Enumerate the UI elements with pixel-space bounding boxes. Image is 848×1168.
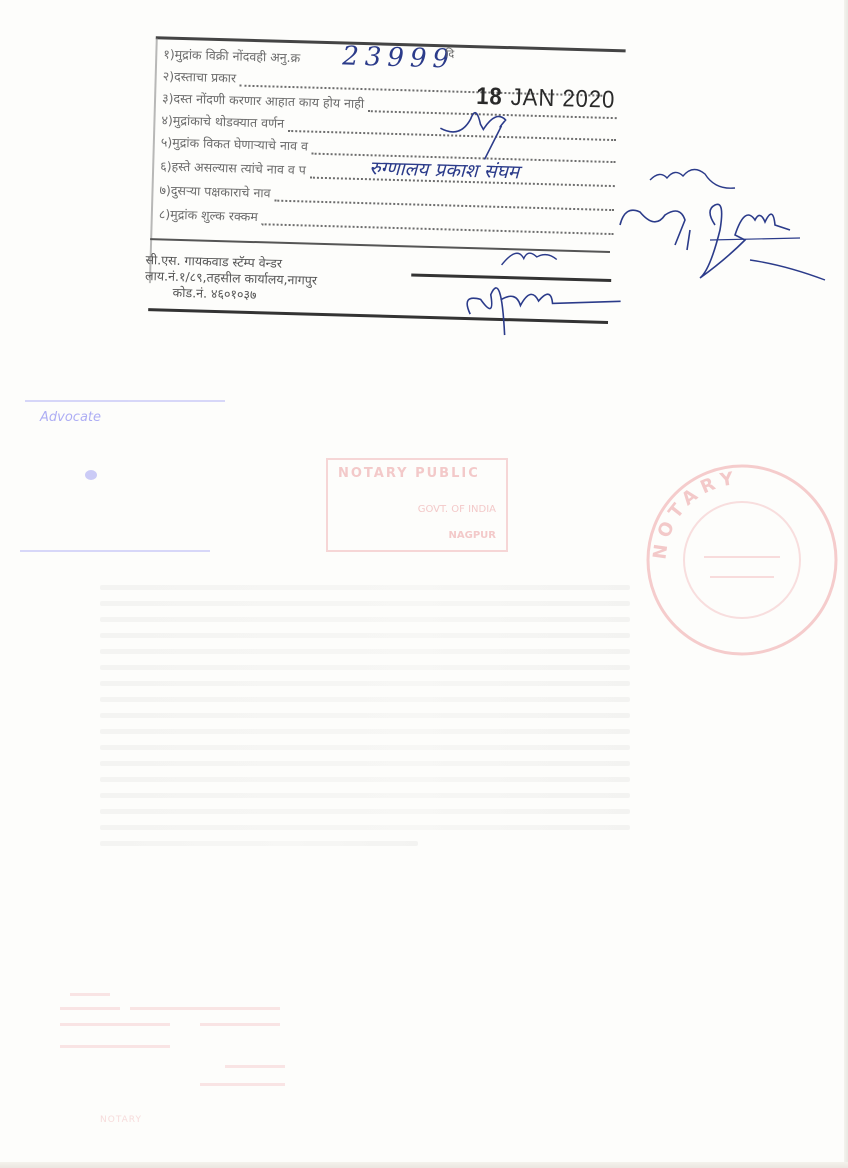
faded-text-line: [100, 745, 630, 750]
faded-text: NOTARY: [100, 1115, 142, 1125]
faded-text-line: [100, 665, 630, 670]
faded-text-line: [100, 633, 630, 638]
handwritten-mark-icon: [435, 98, 527, 160]
faded-line: [225, 1065, 285, 1068]
faded-text-line: [100, 713, 630, 718]
faded-line: [200, 1023, 280, 1026]
ink-blot-icon: [85, 470, 97, 480]
faded-text-line: [100, 601, 630, 606]
faded-line: [20, 550, 210, 552]
handwritten-serial-number: 23999: [342, 41, 456, 74]
faded-stamp-subtitle: GOVT. OF INDIA: [418, 504, 496, 515]
faded-red-round-seal-icon: NOTARY: [644, 462, 840, 658]
faded-text-line: [100, 777, 630, 782]
field-label: ७)दुसऱ्या पक्षकाराचे नाव: [159, 181, 271, 201]
field-label: ८)मुद्रांक शुल्क रक्कम: [159, 205, 258, 225]
faded-line: [60, 1045, 170, 1048]
faded-text-line: [100, 761, 630, 766]
stamp-vendor-register-stamp: १)मुद्रांक विक्री नोंदवही अनु.क्र २)दस्त…: [139, 30, 627, 353]
faded-text-line: [100, 617, 630, 622]
faded-line: [70, 993, 110, 996]
faded-text-line: [100, 825, 630, 830]
faded-stamp-title: NOTARY PUBLIC: [338, 466, 480, 481]
faded-text-line: [100, 793, 630, 798]
faded-text-line: [100, 585, 630, 590]
faded-stamp-footer: NAGPUR: [449, 530, 496, 541]
field-register-serial: १)मुद्रांक विक्री नोंदवही अनु.क्र: [163, 42, 353, 67]
faded-text-line: [100, 809, 630, 814]
field-label: ५)मुद्रांक विकत घेणाऱ्याचे नाव व: [161, 133, 309, 154]
vendor-details: सी.एस. गायकवाड स्टॅम्प वेन्डर लाय.नं.१/८…: [144, 252, 317, 305]
fill-line: [262, 211, 614, 235]
field-label: ६)हस्ते असल्यास त्यांचे नाव व प: [160, 157, 306, 178]
field-label: ४)मुद्रांकाचे थोडक्यात वर्णन: [161, 111, 284, 131]
faded-line: [25, 400, 225, 402]
faded-text-line: [100, 649, 630, 654]
vendor-signature-icon: [459, 239, 612, 343]
faded-bottom-left-block: NOTARY: [50, 955, 300, 1155]
svg-text:NOTARY: NOTARY: [649, 468, 740, 561]
field-label: १)मुद्रांक विक्री नोंदवही अनु.क्र: [163, 45, 300, 66]
stamp-left-border: [149, 38, 158, 283]
faded-text-line: [100, 697, 630, 702]
paper-edge: [844, 0, 848, 1168]
faded-line: [60, 1023, 170, 1026]
date-month-year: JAN 2020: [510, 83, 615, 113]
paper-edge-bottom: [0, 1162, 848, 1168]
faded-line: [200, 1083, 285, 1086]
faded-stamp-text: Advocate: [40, 410, 101, 425]
faded-body-text: [100, 585, 630, 857]
faded-text-line: [100, 841, 418, 846]
faded-text-line: [100, 681, 630, 686]
date-prefix: दि: [445, 46, 454, 61]
faded-blue-stamp: Advocate: [10, 390, 240, 560]
faded-text-line: [100, 729, 630, 734]
faded-red-rectangular-stamp: NOTARY PUBLIC GOVT. OF INDIA NAGPUR: [326, 458, 508, 552]
party-signature-icon: [615, 150, 835, 290]
field-label: २)दस्ताचा प्रकार: [162, 67, 236, 86]
faded-line: [60, 1007, 120, 1010]
faded-line: [130, 1007, 280, 1010]
